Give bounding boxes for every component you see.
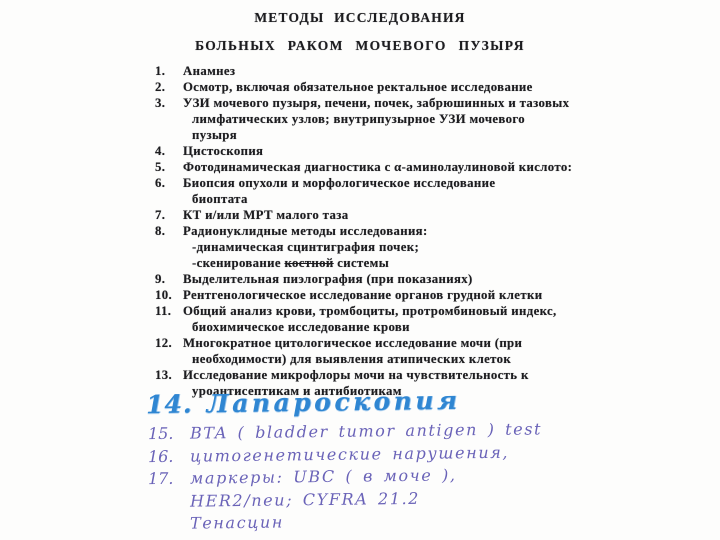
list-item: 5.Фотодинамическая диагностика с α-амино… [155,159,655,175]
item-line: необходимости) для выявления атипических… [183,351,655,367]
list-item: 7.КТ и/или МРТ малого таза [155,207,655,223]
item-line: Биопсия опухоли и морфологическое исслед… [183,175,655,191]
item-number: 11. [155,303,183,319]
page-subtitle: БОЛЬНЫХ РАКОМ МОЧЕВОГО ПУЗЫРЯ [0,38,720,54]
item-line: УЗИ мочевого пузыря, печени, почек, забр… [183,95,655,111]
item-line: биоптата [183,191,655,207]
handwritten-item-number [148,513,190,536]
list-item: 9.Выделительная пиэлография (при показан… [155,271,655,287]
handwritten-item-text: Лапароскопия [206,386,460,419]
item-number: 6. [155,175,183,191]
line-fragment: -скенирование [192,256,284,270]
list-item: 6.Биопсия опухоли и морфологическое иссл… [155,175,655,207]
list-item: 1.Анамнез [155,63,655,79]
item-line: Общий анализ крови, тромбоциты, протромб… [183,303,655,319]
item-number: 3. [155,95,183,111]
item-number: 4. [155,143,183,159]
item-line: -динамическая сцинтиграфия почек; [183,239,655,255]
line-fragment: системы [334,256,389,270]
item-line: Рентгенологическое исследование органов … [183,287,655,303]
item-number: 13. [155,367,183,383]
item-line: пузыря [183,127,655,143]
page-title: МЕТОДЫ ИССЛЕДОВАНИЯ [0,10,720,26]
item-line: Радионуклидные методы исследования: [183,223,655,239]
list-item: 12.Многократное цитологическое исследова… [155,335,655,367]
item-number: 12. [155,335,183,351]
list-item: 2.Осмотр, включая обязательное ректально… [155,79,655,95]
list-item: 4.Цистоскопия [155,143,655,159]
handwritten-item-text: Тенасцин [190,507,668,535]
list-item: 11.Общий анализ крови, тромбоциты, протр… [155,303,655,335]
item-line: биохимическое исследование крови [183,319,655,335]
item-number: 2. [155,79,183,95]
item-line: Исследование микрофлоры мочи на чувствит… [183,367,655,383]
item-line: Цистоскопия [183,143,655,159]
item-number: 10. [155,287,183,303]
struck-word: костной [284,256,333,270]
handwritten-item-number: 15. [148,423,190,446]
item-line: лимфатических узлов; внутрипузырное УЗИ … [183,111,655,127]
item-line: КТ и/или МРТ малого таза [183,207,655,223]
list-item: 10.Рентгенологическое исследование орган… [155,287,655,303]
item-line: Многократное цитологическое исследование… [183,335,655,351]
handwritten-marker-item: 14.Лапароскопия [146,386,461,419]
handwritten-item-number: 14. [146,390,193,420]
item-number: 9. [155,271,183,287]
item-line: Осмотр, включая обязательное ректальное … [183,79,655,95]
handwritten-item-number: 16. [148,445,190,468]
scanned-document-page: МЕТОДЫ ИССЛЕДОВАНИЯ БОЛЬНЫХ РАКОМ МОЧЕВО… [0,0,720,540]
item-number: 1. [155,63,183,79]
item-line: Анамнез [183,63,655,79]
item-number: 8. [155,223,183,239]
methods-list: 1.Анамнез2.Осмотр, включая обязательное … [155,63,655,399]
list-item: 8.Радионуклидные методы исследования:-ди… [155,223,655,271]
item-line: Выделительная пиэлография (при показания… [183,271,655,287]
list-item: 3.УЗИ мочевого пузыря, печени, почек, за… [155,95,655,143]
item-line: -скенирование костной системы [183,255,655,271]
handwritten-pen-list: 15.BTA ( bladder tumor antigen ) test16.… [148,420,668,533]
handwritten-item-number: 17. [148,468,190,491]
item-number: 5. [155,159,183,175]
handwritten-item-number [148,490,190,513]
item-number: 7. [155,207,183,223]
item-line: Фотодинамическая диагностика с α-аминола… [183,159,655,175]
